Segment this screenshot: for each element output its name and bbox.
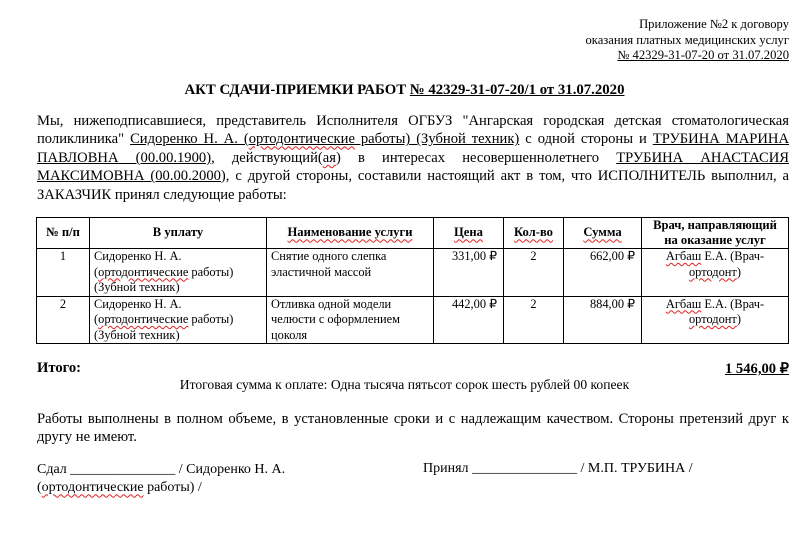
cell-num: 2 <box>37 296 90 344</box>
header-price: Цена <box>434 218 504 249</box>
title-prefix: АКТ СДАЧИ-ПРИЕМКИ РАБОТ <box>185 82 410 98</box>
header-sum: Сумма <box>564 218 642 249</box>
doctor-role: Е.А. (Врач- <box>701 249 764 263</box>
cell-payee: Сидоренко Н. А.(ортодонтические работы)(… <box>90 296 267 344</box>
signature-customer-label: Принял <box>423 461 472 476</box>
header-sum-text: Сумма <box>583 225 621 239</box>
header-payee: В уплату <box>90 218 267 249</box>
total-value: 1 546,00 ₽ <box>725 360 789 378</box>
cell-doctor: Агбаш Е.А. (Врач-ортодонт) <box>642 296 789 344</box>
cell-doctor: Агбаш Е.А. (Врач-ортодонт) <box>642 249 789 297</box>
signature-customer-name: / М.П. ТРУБИНА / <box>577 461 693 476</box>
total-in-words: Итоговая сумма к оплате: Одна тысяча пят… <box>0 377 809 393</box>
payee-spec-tail: работы) <box>188 265 233 279</box>
table-header-row: № п/п В уплату Наименование услуги Цена … <box>37 218 789 249</box>
cell-qty: 2 <box>504 296 564 344</box>
table-row: 1 Сидоренко Н. А.(ортодонтические работы… <box>37 249 789 297</box>
doctor-role: Е.А. (Врач- <box>701 297 764 311</box>
intro-text: с одной стороны и <box>519 131 652 147</box>
cell-num: 1 <box>37 249 90 297</box>
signature-executor-name: / Сидоренко Н. А. <box>175 462 285 477</box>
payee-name: Сидоренко Н. А. <box>94 297 182 311</box>
header-qty: Кол-во <box>504 218 564 249</box>
intro-text-gender: ая <box>323 150 336 166</box>
intro-text: , действующий( <box>211 150 323 166</box>
appendix-header: Приложение №2 к договору оказания платны… <box>585 17 789 64</box>
cell-service: Снятие одного слепка эластичной массой <box>267 249 434 297</box>
table-row: 2 Сидоренко Н. А.(ортодонтические работы… <box>37 296 789 344</box>
signature-executor-line: _______________ <box>70 462 175 477</box>
executor-name: Сидоренко Н. А. (ортодонтические работы)… <box>130 131 519 147</box>
payee-spec-tail: работы) <box>188 312 233 326</box>
total-label: Итого: <box>37 360 81 377</box>
executor-name-part: Сидоренко Н. А. ( <box>130 131 249 147</box>
signature-executor-spec-tail: работы) / <box>144 480 202 495</box>
payee-spec: ортодонтические <box>98 265 188 279</box>
cell-service: Отливка одной модели челюсти с оформлени… <box>267 296 434 344</box>
intro-text: ) в интересах несовершеннолетнего <box>336 150 616 166</box>
cell-sum: 884,00 ₽ <box>564 296 642 344</box>
doctor-name: Агбаш <box>666 297 701 311</box>
services-table: № п/п В уплату Наименование услуги Цена … <box>36 217 789 344</box>
header-service: Наименование услуги <box>267 218 434 249</box>
signature-executor: Сдал _______________ / Сидоренко Н. А.(о… <box>37 461 397 498</box>
cell-price: 442,00 ₽ <box>434 296 504 344</box>
header-doctor: Врач, направляющий на оказание услуг <box>642 218 789 249</box>
doctor-role-tail: ортодонт <box>689 265 737 279</box>
cell-qty: 2 <box>504 249 564 297</box>
signature-executor-label: Сдал <box>37 462 70 477</box>
signature-customer: Принял _______________ / М.П. ТРУБИНА / <box>423 461 693 477</box>
appendix-line-2: оказания платных медицинских услуг <box>585 33 789 49</box>
appendix-line-1: Приложение №2 к договору <box>585 17 789 33</box>
cell-payee: Сидоренко Н. А.(ортодонтические работы)(… <box>90 249 267 297</box>
signature-executor-spec: ортодонтические <box>42 480 144 495</box>
payee-spec: ортодонтические <box>98 312 188 326</box>
payee-role: (Зубной техник) <box>94 280 180 294</box>
cell-sum: 662,00 ₽ <box>564 249 642 297</box>
header-service-text: Наименование услуги <box>288 225 413 239</box>
header-price-text: Цена <box>454 225 483 239</box>
document-title: АКТ СДАЧИ-ПРИЕМКИ РАБОТ № 42329-31-07-20… <box>0 82 809 99</box>
payee-role: (Зубной техник) <box>94 328 180 342</box>
appendix-contract-number: № 42329-31-07-20 от 31.07.2020 <box>585 48 789 64</box>
executor-role: работы) (Зубной техник) <box>355 131 519 147</box>
closing-statement: Работы выполнены в полном объеме, в уста… <box>37 410 789 447</box>
doctor-name: Агбаш <box>666 249 701 263</box>
intro-paragraph: Мы, нижеподписавшиеся, представитель Исп… <box>37 112 789 204</box>
cell-price: 331,00 ₽ <box>434 249 504 297</box>
title-act-number: № 42329-31-07-20/1 от 31.07.2020 <box>410 82 625 98</box>
doctor-role-tail: ортодонт <box>689 312 737 326</box>
header-qty-text: Кол-во <box>514 225 553 239</box>
payee-name: Сидоренко Н. А. <box>94 249 182 263</box>
signature-customer-line: _______________ <box>472 461 577 476</box>
executor-spec: ортодонтические <box>249 131 355 147</box>
header-num: № п/п <box>37 218 90 249</box>
